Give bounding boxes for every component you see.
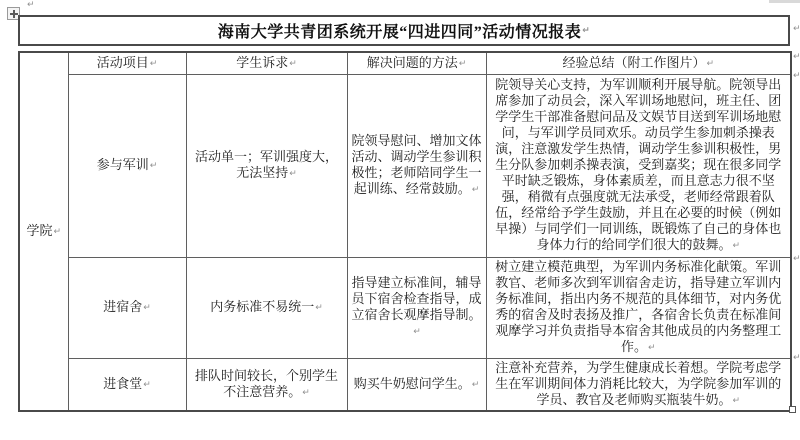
report-table: 学院↵ 活动项目↵ 学生诉求↵ 解决问题的方法↵ 经验总结（附工作图片）↵ 参与…: [18, 51, 792, 412]
cell-text: 活动单一；军训强度大，无法坚持: [195, 149, 338, 180]
paragraph-mark: ↵: [705, 59, 714, 69]
row-header-label: 学院: [26, 223, 52, 238]
table-row-military-training: 参与军训↵ 活动单一；军训强度大，无法坚持↵ 院领导慰问、增加文体活动、调动学生…: [19, 74, 791, 257]
paragraph-mark: ↵: [471, 185, 480, 195]
cell-summary-2[interactable]: 树立建立模范典型，为军训内务标准化献策。军训教官、老师多次到军训宿舍走访，指导建…: [486, 257, 791, 358]
paragraph-mark: ↵: [149, 161, 158, 171]
cell-demand-2[interactable]: 内务标准不易统一↵: [186, 257, 347, 358]
paragraph-mark: ↵: [301, 388, 310, 398]
header-row: 学院↵ 活动项目↵ 学生诉求↵ 解决问题的方法↵ 经验总结（附工作图片）↵: [19, 52, 791, 74]
paragraph-mark: ↵: [26, 0, 35, 10]
paragraph-mark: ↵: [52, 227, 61, 237]
paragraph-mark: ↵: [288, 59, 297, 69]
table-row-canteen: 进食堂↵ 排队时间较长，个别学生不注意营养。↵ 购买牛奶慰问学生。↵ 注意补充营…: [19, 358, 791, 411]
column-header-demand[interactable]: 学生诉求↵: [186, 52, 347, 74]
column-header-project[interactable]: 活动项目↵: [68, 52, 186, 74]
column-header-label: 经验总结（附工作图片）: [562, 55, 705, 70]
table-title: 海南大学共青团系统开展“四进四同”活动情况报表: [218, 19, 582, 42]
table-title-cell[interactable]: 海南大学共青团系统开展“四进四同”活动情况报表↵: [18, 15, 790, 46]
cell-solution-1[interactable]: 院领导慰问、增加文体活动、调动学生参训积极性；老师陪同学生一起训练、经常鼓励。↵: [347, 74, 486, 257]
page-edge-fragment: [769, 0, 800, 3]
column-header-summary[interactable]: 经验总结（附工作图片）↵: [486, 52, 791, 74]
paragraph-mark: ↵: [142, 303, 151, 313]
cell-demand-1[interactable]: 活动单一；军训强度大，无法坚持↵: [186, 74, 347, 257]
paragraph-mark: ↵: [731, 241, 740, 251]
paragraph-mark: ↵: [581, 26, 590, 36]
end-of-row-mark: ↵: [792, 24, 800, 34]
cell-summary-1[interactable]: 院领导关心支持，为军训顺利开展导航。院领导出席参加了动员会，深入军训场地慰问，班…: [486, 74, 791, 257]
paragraph-mark: ↵: [647, 343, 656, 353]
cell-solution-2[interactable]: 指导建立标准间，辅导员下宿舍检查指导，成立宿舍长观摩指导制。↵: [347, 257, 486, 358]
paragraph-mark: ↵: [314, 303, 323, 313]
column-header-label: 学生诉求: [236, 55, 288, 70]
column-header-label: 解决问题的方法: [367, 55, 458, 70]
table-resize-handle-icon[interactable]: [789, 406, 796, 413]
paragraph-mark: ↵: [471, 380, 480, 390]
paragraph-mark: ↵: [731, 396, 740, 406]
paragraph-mark: ↵: [288, 169, 297, 179]
cell-text: 进食堂: [103, 376, 142, 391]
row-header-cell-college[interactable]: 学院↵: [19, 52, 68, 411]
cell-text: 购买牛奶慰问学生。: [354, 376, 471, 391]
table-row-dormitory: 进宿舍↵ 内务标准不易统一↵ 指导建立标准间，辅导员下宿舍检查指导，成立宿舍长观…: [19, 257, 791, 358]
cell-demand-3[interactable]: 排队时间较长，个别学生不注意营养。↵: [186, 358, 347, 411]
cell-text: 院领导慰问、增加文体活动、调动学生参训积极性；老师陪同学生一起训练、经常鼓励。: [351, 133, 481, 196]
end-of-row-mark: ↵: [792, 353, 800, 363]
paragraph-mark: ↵: [149, 59, 158, 69]
cell-project-2[interactable]: 进宿舍↵: [68, 257, 186, 358]
cell-solution-3[interactable]: 购买牛奶慰问学生。↵: [347, 358, 486, 411]
cell-text: 指导建立标准间，辅导员下宿舍检查指导，成立宿舍长观摩指导制。: [351, 275, 481, 322]
end-of-row-mark: ↵: [792, 254, 800, 264]
column-header-solution[interactable]: 解决问题的方法↵: [347, 52, 486, 74]
cell-project-1[interactable]: 参与军训↵: [68, 74, 186, 257]
paragraph-mark: ↵: [458, 59, 467, 69]
cell-text: 排队时间较长，个别学生不注意营养。: [195, 368, 338, 399]
end-of-row-mark: ↵: [792, 52, 800, 62]
paragraph-mark: ↵: [142, 380, 151, 390]
cell-text: 内务标准不易统一: [210, 299, 314, 314]
document-page: ↵ 海南大学共青团系统开展“四进四同”活动情况报表↵ 学院↵ 活动项目↵ 学生诉…: [0, 0, 800, 440]
cell-summary-3[interactable]: 注意补充营养，为学生健康成长着想。学院考虑学生在军训期间体力消耗比较大，为学院参…: [486, 358, 791, 411]
cell-text: 树立建立模范典型，为军训内务标准化献策。军训教官、老师多次到军训宿舍走访，指导建…: [495, 259, 781, 354]
paragraph-mark: ↵: [412, 327, 421, 337]
end-of-row-mark: ↵: [792, 71, 800, 81]
cell-text: 院领导关心支持，为军训顺利开展导航。院领导出席参加了动员会，深入军训场地慰问，班…: [495, 77, 781, 252]
cell-text: 参与军训: [97, 157, 149, 172]
cell-project-3[interactable]: 进食堂↵: [68, 358, 186, 411]
column-header-label: 活动项目: [97, 55, 149, 70]
cell-text: 进宿舍: [103, 299, 142, 314]
